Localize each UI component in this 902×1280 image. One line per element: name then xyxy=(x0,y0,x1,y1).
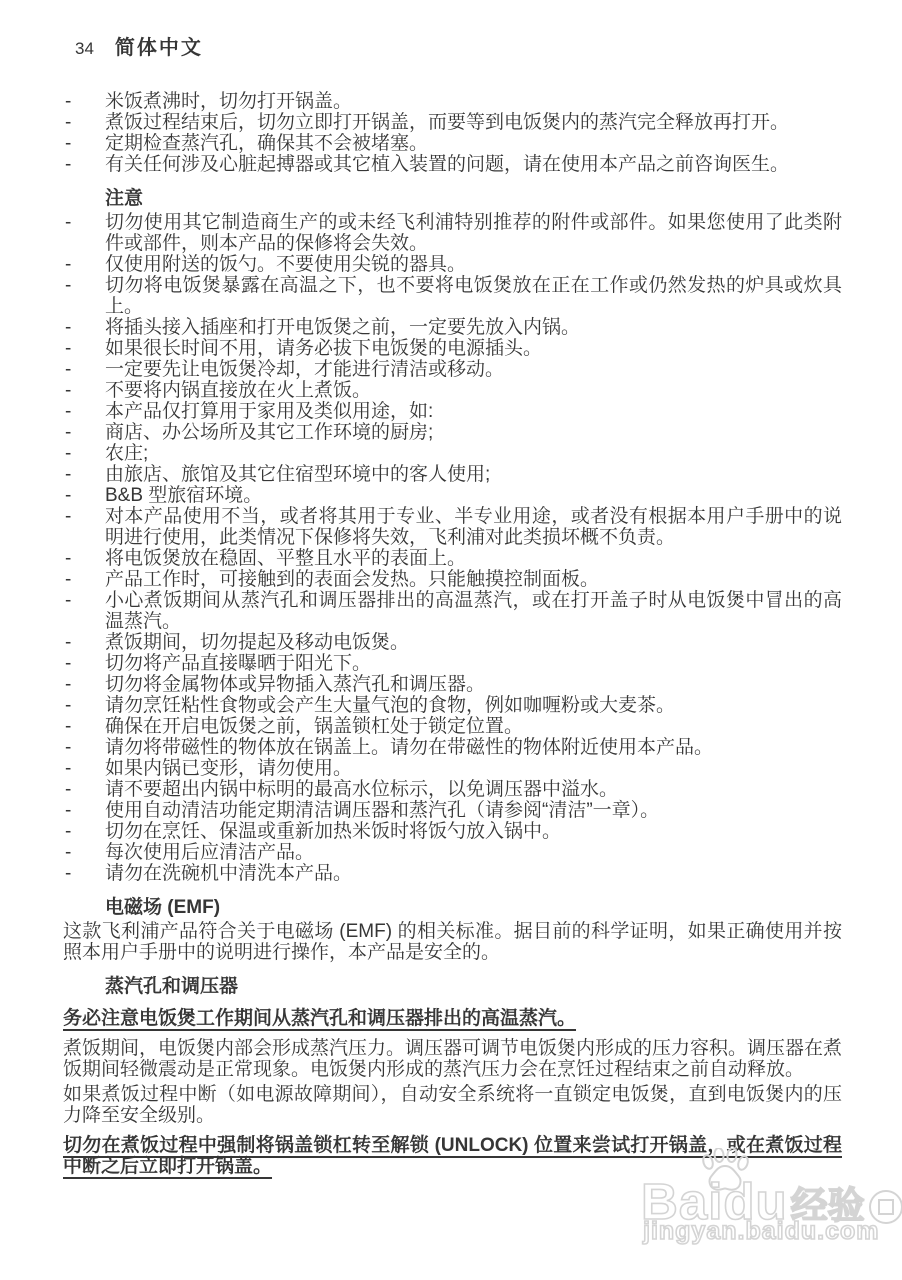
bullet-text: 切勿将电饭煲暴露在高温之下，也不要将电饭煲放在正在工作或仍然发热的炉具或炊具上。 xyxy=(105,275,842,317)
steam-paragraph-2: 如果煮饭过程中断（如电源故障期间），自动安全系统将一直锁定电饭煲，直到电饭煲内的… xyxy=(63,1084,842,1126)
bullet-text: 商店、办公场所及其它工作环境的厨房; xyxy=(105,422,433,443)
manual-page: 34 简体中文 - 米饭煮沸时，切勿打开锅盖。 - 煮饭过程结束后，切勿立即打开… xyxy=(0,0,902,1280)
bullet-text: 一定要先让电饭煲冷却，才能进行清洁或移动。 xyxy=(105,359,504,380)
bullet-dash: - xyxy=(65,737,71,758)
bullet-dash: - xyxy=(65,506,71,527)
bullet-text: 将插头接入插座和打开电饭煲之前，一定要先放入内锅。 xyxy=(105,317,580,338)
bullet-dash: - xyxy=(65,154,71,175)
list-item: - 定期检查蒸汽孔，确保其不会被堵塞。 xyxy=(63,133,842,154)
bullet-dash: - xyxy=(65,112,71,133)
bullet-dash: - xyxy=(65,133,71,154)
list-item: - 请不要超出内锅中标明的最高水位标示，以免调压器中溢水。 xyxy=(63,779,842,800)
bullet-dash: - xyxy=(65,590,71,611)
list-item: - 将电饭煲放在稳固、平整且水平的表面上。 xyxy=(63,548,842,569)
watermark-brand-row: Baidu 经验 xyxy=(641,1178,902,1226)
coin-icon xyxy=(867,1188,902,1226)
list-item: - B&B 型旅宿环境。 xyxy=(63,485,842,506)
list-item: - 一定要先让电饭煲冷却，才能进行清洁或移动。 xyxy=(63,359,842,380)
page-header: 34 简体中文 xyxy=(75,38,842,59)
bullet-dash: - xyxy=(65,401,71,422)
bullet-dash: - xyxy=(65,569,71,590)
bullet-text: 不要将内锅直接放在火上煮饭。 xyxy=(105,380,371,401)
list-item: - 切勿将电饭煲暴露在高温之下，也不要将电饭煲放在正在工作或仍然发热的炉具或炊具… xyxy=(63,275,842,317)
bullet-text: 由旅店、旅馆及其它住宿型环境中的客人使用; xyxy=(105,464,490,485)
list-item: - 请勿将带磁性的物体放在锅盖上。请勿在带磁性的物体附近使用本产品。 xyxy=(63,737,842,758)
list-item: - 商店、办公场所及其它工作环境的厨房; xyxy=(63,422,842,443)
bullet-text: 如果很长时间不用，请务必拔下电饭煲的电源插头。 xyxy=(105,338,542,359)
list-item: - 有关任何涉及心脏起搏器或其它植入装置的问题，请在使用本产品之前咨询医生。 xyxy=(63,154,842,175)
bullet-dash: - xyxy=(65,674,71,695)
bullet-text: 定期检查蒸汽孔，确保其不会被堵塞。 xyxy=(105,133,428,154)
watermark-brand-text: Baidu xyxy=(641,1178,788,1226)
bullet-dash: - xyxy=(65,275,71,296)
list-item: - 切勿将金属物体或异物插入蒸汽孔和调压器。 xyxy=(63,674,842,695)
bullet-text: 有关任何涉及心脏起搏器或其它植入装置的问题，请在使用本产品之前咨询医生。 xyxy=(105,154,789,175)
list-item: - 煮饭期间，切勿提起及移动电饭煲。 xyxy=(63,632,842,653)
bullet-text: 请不要超出内锅中标明的最高水位标示，以免调压器中溢水。 xyxy=(105,779,618,800)
list-item: - 小心煮饭期间从蒸汽孔和调压器排出的高温蒸汽，或在打开盖子时从电饭煲中冒出的高… xyxy=(63,590,842,632)
bullet-text: 如果内锅已变形，请勿使用。 xyxy=(105,758,352,779)
list-item: - 煮饭过程结束后，切勿立即打开锅盖，而要等到电饭煲内的蒸汽完全释放再打开。 xyxy=(63,112,842,133)
steam-warning-top: 务必注意电饭煲工作期间从蒸汽孔和调压器排出的高温蒸汽。 xyxy=(63,1008,842,1029)
steam-warning-bottom: 切勿在煮饭过程中强制将锅盖锁杠转至解锁 (UNLOCK) 位置来尝试打开锅盖，或… xyxy=(63,1135,842,1177)
list-item: - 由旅店、旅馆及其它住宿型环境中的客人使用; xyxy=(63,464,842,485)
bullet-text: 请勿在洗碗机中清洗本产品。 xyxy=(105,863,352,884)
bullet-text: 请勿烹饪粘性食物或会产生大量气泡的食物，例如咖喱粉或大麦茶。 xyxy=(105,695,675,716)
list-item: - 如果很长时间不用，请务必拔下电饭煲的电源插头。 xyxy=(63,338,842,359)
bullet-text: 对本产品使用不当，或者将其用于专业、半专业用途，或者没有根据本用户手册中的说明进… xyxy=(105,506,842,548)
safety-bullet-list: - 米饭煮沸时，切勿打开锅盖。 - 煮饭过程结束后，切勿立即打开锅盖，而要等到电… xyxy=(63,91,842,175)
list-item: - 米饭煮沸时，切勿打开锅盖。 xyxy=(63,91,842,112)
bullet-dash: - xyxy=(65,254,71,275)
bullet-text: 煮饭期间，切勿提起及移动电饭煲。 xyxy=(105,632,409,653)
list-item: - 确保在开启电饭煲之前，锅盖锁杠处于锁定位置。 xyxy=(63,716,842,737)
bullet-text: 农庄; xyxy=(105,443,148,464)
bullet-text: 切勿使用其它制造商生产的或未经飞利浦特别推荐的附件或部件。如果您使用了此类附件或… xyxy=(105,212,842,254)
bullet-dash: - xyxy=(65,485,71,506)
list-item: - 请勿在洗碗机中清洗本产品。 xyxy=(63,863,842,884)
bullet-text: 确保在开启电饭煲之前，锅盖锁杠处于锁定位置。 xyxy=(105,716,523,737)
list-item: - 切勿在烹饪、保温或重新加热米饭时将饭勺放入锅中。 xyxy=(63,821,842,842)
bullet-dash: - xyxy=(65,821,71,842)
bullet-dash: - xyxy=(65,359,71,380)
list-item: - 本产品仅打算用于家用及类似用途，如: xyxy=(63,401,842,422)
bullet-dash: - xyxy=(65,863,71,884)
emf-heading: 电磁场 (EMF) xyxy=(105,897,842,918)
bullet-text: 产品工作时，可接触到的表面会发热。只能触摸控制面板。 xyxy=(105,569,599,590)
page-language: 简体中文 xyxy=(115,38,203,59)
emf-paragraph: 这款飞利浦产品符合关于电磁场 (EMF) 的相关标准。据目前的科学证明，如果正确… xyxy=(63,921,842,963)
bullet-text: 切勿将金属物体或异物插入蒸汽孔和调压器。 xyxy=(105,674,485,695)
list-item: - 每次使用后应清洁产品。 xyxy=(63,842,842,863)
steam-heading: 蒸汽孔和调压器 xyxy=(105,976,842,997)
page-number: 34 xyxy=(75,38,94,59)
bullet-text: 将电饭煲放在稳固、平整且水平的表面上。 xyxy=(105,548,466,569)
bullet-text: 米饭煮沸时，切勿打开锅盖。 xyxy=(105,91,352,112)
bullet-dash: - xyxy=(65,758,71,779)
list-item: - 将插头接入插座和打开电饭煲之前，一定要先放入内锅。 xyxy=(63,317,842,338)
steam-paragraph-1: 煮饭期间，电饭煲内部会形成蒸汽压力。调压器可调节电饭煲内形成的压力容积。调压器在… xyxy=(63,1038,842,1080)
bullet-text: 小心煮饭期间从蒸汽孔和调压器排出的高温蒸汽，或在打开盖子时从电饭煲中冒出的高温蒸… xyxy=(105,590,842,632)
bullet-dash: - xyxy=(65,443,71,464)
list-item: - 请勿烹饪粘性食物或会产生大量气泡的食物，例如咖喱粉或大麦茶。 xyxy=(63,695,842,716)
bullet-dash: - xyxy=(65,716,71,737)
bullet-dash: - xyxy=(65,91,71,112)
list-item: - 仅使用附送的饭勺。不要使用尖锐的器具。 xyxy=(63,254,842,275)
watermark-brand-cn: 经验 xyxy=(791,1186,865,1226)
list-item: - 农庄; xyxy=(63,443,842,464)
bullet-text: 切勿将产品直接曝晒于阳光下。 xyxy=(105,653,371,674)
list-item: - 对本产品使用不当，或者将其用于专业、半专业用途，或者没有根据本用户手册中的说… xyxy=(63,506,842,548)
bullet-dash: - xyxy=(65,800,71,821)
list-item: - 切勿将产品直接曝晒于阳光下。 xyxy=(63,653,842,674)
list-item: - 切勿使用其它制造商生产的或未经飞利浦特别推荐的附件或部件。如果您使用了此类附… xyxy=(63,212,842,254)
bullet-dash: - xyxy=(65,212,71,233)
bullet-text: 仅使用附送的饭勺。不要使用尖锐的器具。 xyxy=(105,254,466,275)
bullet-dash: - xyxy=(65,842,71,863)
list-item: - 产品工作时，可接触到的表面会发热。只能触摸控制面板。 xyxy=(63,569,842,590)
list-item: - 使用自动清洁功能定期清洁调压器和蒸汽孔（请参阅“清洁”一章）。 xyxy=(63,800,842,821)
bullet-text: 本产品仅打算用于家用及类似用途，如: xyxy=(105,401,433,422)
bullet-dash: - xyxy=(65,464,71,485)
bullet-text: 切勿在烹饪、保温或重新加热米饭时将饭勺放入锅中。 xyxy=(105,821,561,842)
watermark-url: jingyan.baidu.com xyxy=(643,1218,879,1244)
bullet-dash: - xyxy=(65,779,71,800)
bullet-dash: - xyxy=(65,548,71,569)
bullet-dash: - xyxy=(65,338,71,359)
bullet-dash: - xyxy=(65,317,71,338)
notice-heading: 注意 xyxy=(105,188,842,209)
bullet-text: 使用自动清洁功能定期清洁调压器和蒸汽孔（请参阅“清洁”一章）。 xyxy=(105,800,659,821)
bullet-dash: - xyxy=(65,380,71,401)
page-content: 34 简体中文 - 米饭煮沸时，切勿打开锅盖。 - 煮饭过程结束后，切勿立即打开… xyxy=(63,38,842,1177)
list-item: - 不要将内锅直接放在火上煮饭。 xyxy=(63,380,842,401)
bullet-text: 煮饭过程结束后，切勿立即打开锅盖，而要等到电饭煲内的蒸汽完全释放再打开。 xyxy=(105,112,789,133)
list-item: - 如果内锅已变形，请勿使用。 xyxy=(63,758,842,779)
bullet-text: 每次使用后应清洁产品。 xyxy=(105,842,314,863)
bullet-dash: - xyxy=(65,422,71,443)
bullet-dash: - xyxy=(65,653,71,674)
bullet-text: B&B 型旅宿环境。 xyxy=(105,485,262,506)
notice-bullet-list: - 切勿使用其它制造商生产的或未经飞利浦特别推荐的附件或部件。如果您使用了此类附… xyxy=(63,212,842,884)
bullet-dash: - xyxy=(65,632,71,653)
bullet-text: 请勿将带磁性的物体放在锅盖上。请勿在带磁性的物体附近使用本产品。 xyxy=(105,737,713,758)
bullet-dash: - xyxy=(65,695,71,716)
